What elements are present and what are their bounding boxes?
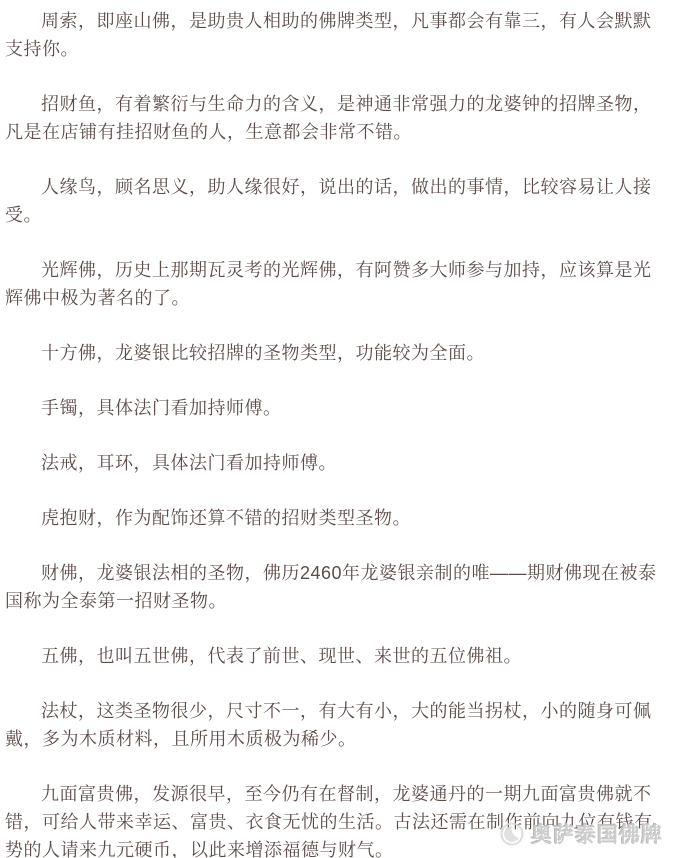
article-body: 周索，即座山佛，是助贵人相助的佛牌类型，凡事都会有靠三，有人会默默支持你。 招财…	[0, 0, 673, 858]
article-paragraph: 五佛，也叫五世佛，代表了前世、现世、来世的五位佛祖。	[5, 642, 666, 670]
article-paragraph: 十方佛，龙婆银比较招牌的圣物类型，功能较为全面。	[5, 339, 666, 367]
article-paragraph: 招财鱼，有着繁衍与生命力的含义，是神通非常强力的龙婆钟的招牌圣物，凡是在店铺有挂…	[5, 90, 666, 146]
article-paragraph: 九面富贵佛，发源很早，至今仍有在督制，龙婆通丹的一期九面富贵佛就不错，可给人带来…	[5, 780, 666, 858]
article-paragraph: 虎抱财，作为配饰还算不错的招财类型圣物。	[5, 504, 666, 532]
article-paragraph: 周索，即座山佛，是助贵人相助的佛牌类型，凡事都会有靠三，有人会默默支持你。	[5, 7, 666, 63]
article-paragraph: 光辉佛，历史上那期瓦灵考的光辉佛，有阿赞多大师参与加持，应该算是光辉佛中极为著名…	[5, 256, 666, 312]
article-paragraph: 法戒，耳环，具体法门看加持师傅。	[5, 449, 666, 477]
article-paragraph: 手镯，具体法门看加持师傅。	[5, 394, 666, 422]
article-paragraph: 法杖，这类圣物很少，尺寸不一，有大有小，大的能当拐杖，小的随身可佩戴，多为木质材…	[5, 697, 666, 753]
article-paragraph: 人缘鸟，顾名思义，助人缘很好，说出的话，做出的事情，比较容易让人接受。	[5, 173, 666, 229]
article-paragraph: 财佛，龙婆银法相的圣物，佛历2460年龙婆银亲制的唯——期财佛现在被泰国称为全泰…	[5, 559, 666, 615]
